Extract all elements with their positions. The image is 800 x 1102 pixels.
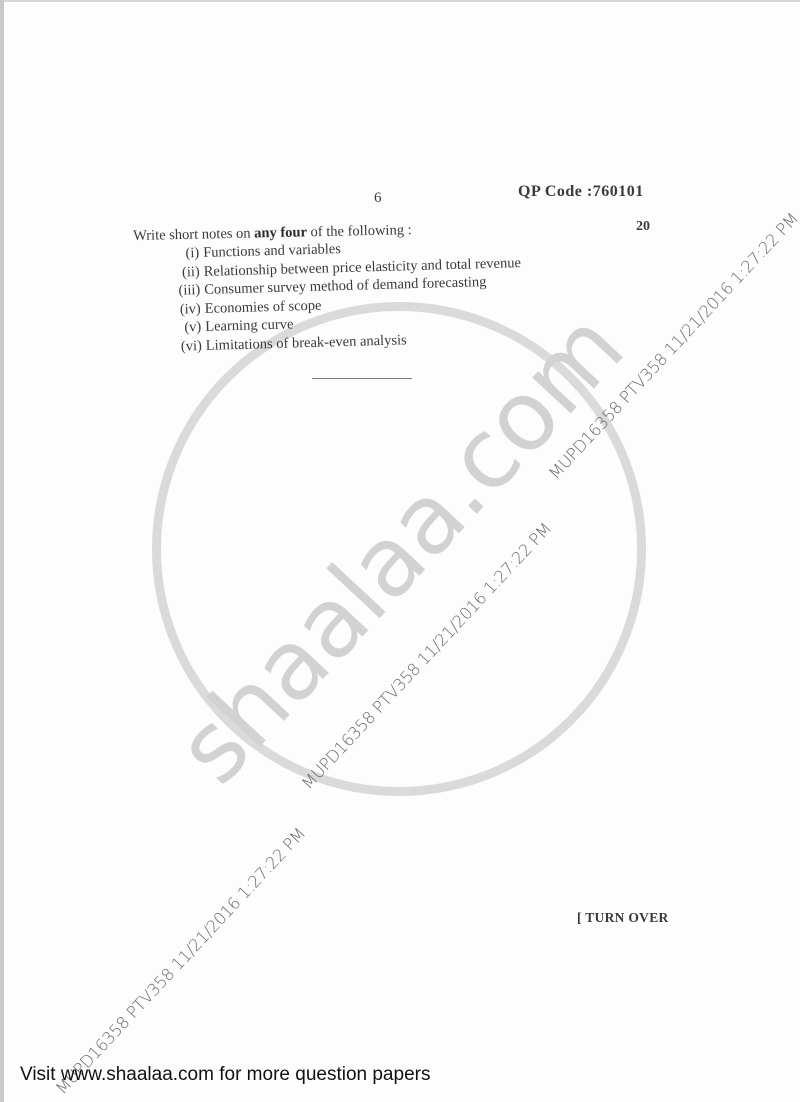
- item-number: (iv): [167, 300, 206, 320]
- item-number: (ii): [166, 263, 205, 283]
- item-number: (v): [167, 319, 206, 339]
- instruction-suffix: of the following :: [307, 222, 412, 240]
- scan-left-edge: [0, 0, 4, 1102]
- turn-over-label: [ TURN OVER: [577, 910, 669, 926]
- item-number: (i): [165, 245, 204, 265]
- instruction-prefix: Write short notes on: [133, 225, 254, 244]
- end-divider: [312, 378, 412, 379]
- item-number: (iii): [166, 282, 205, 302]
- item-text: Economies of scope: [205, 297, 322, 319]
- question-marks: 20: [636, 219, 650, 235]
- instruction-emphasis: any four: [254, 224, 307, 241]
- scan-top-edge: [0, 0, 800, 2]
- watermark-stamp: MUPD16358 PTV358 11/21/2016 1:27:22 PM: [52, 824, 309, 1098]
- qp-code: QP Code :760101: [518, 183, 644, 201]
- item-number: (vi): [168, 337, 207, 357]
- footer-link-text: Visit www.shaalaa.com for more question …: [20, 1064, 430, 1086]
- item-text: Learning curve: [205, 316, 294, 337]
- page-number: 6: [374, 190, 382, 207]
- question-list: (i)Functions and variables (ii)Relations…: [165, 236, 523, 357]
